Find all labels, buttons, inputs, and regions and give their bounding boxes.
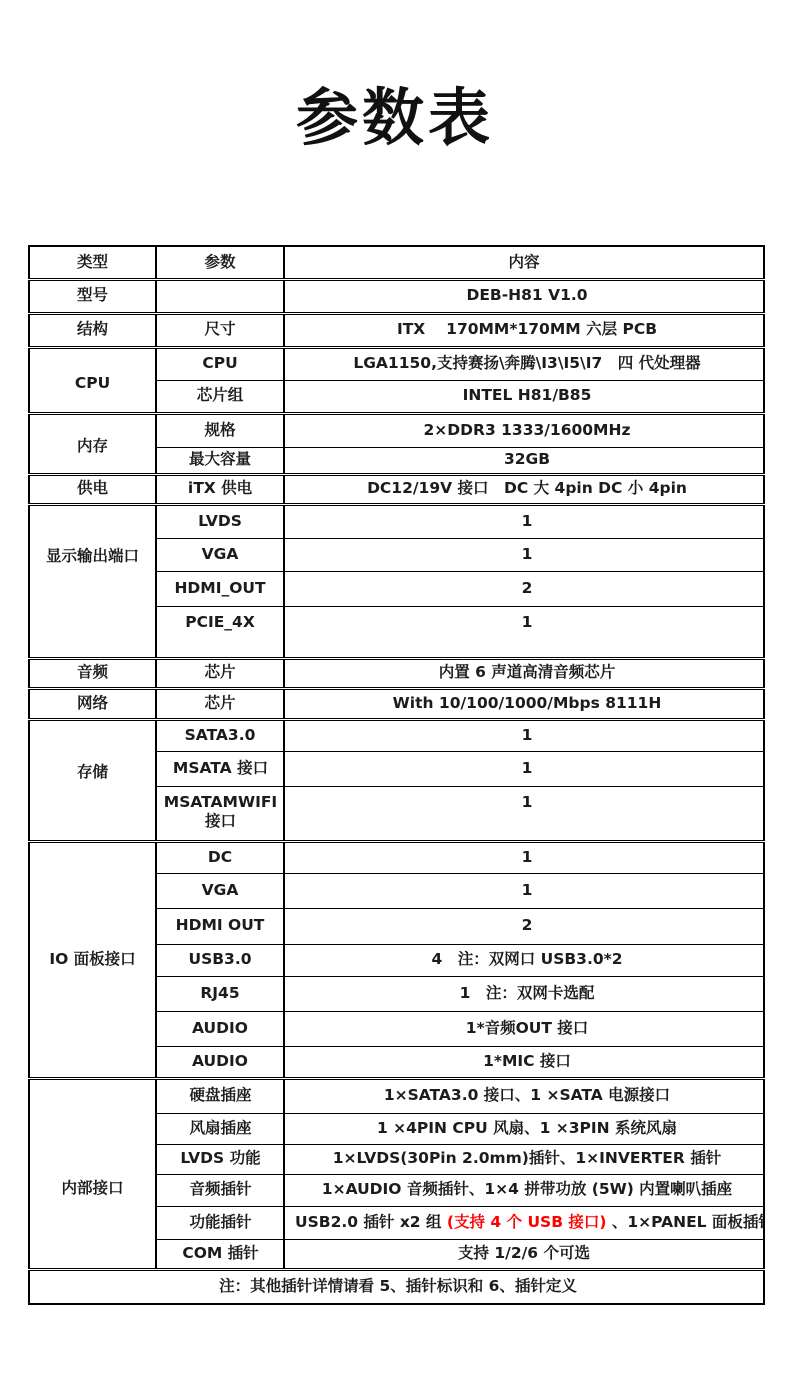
param-cell (156, 279, 284, 313)
group-cell-memory: 内存 (29, 413, 156, 474)
table-header-row: 类型 参数 内容 (29, 246, 764, 279)
param-cell: 芯片 (156, 688, 284, 719)
param-cell: 功能插针 (156, 1206, 284, 1239)
table-row: 内存 规格 2×DDR3 1333/1600MHz (29, 413, 764, 447)
content-cell: 1 (284, 751, 764, 786)
content-cell: 1 (284, 606, 764, 658)
param-cell: MSATA 接口 (156, 751, 284, 786)
content-cell: 1*音频OUT 接口 (284, 1011, 764, 1046)
group-cell-structure: 结构 (29, 313, 156, 347)
col-header-content: 内容 (284, 246, 764, 279)
content-cell: 4 注：双网口 USB3.0*2 (284, 944, 764, 976)
content-cell: 1 ×4PIN CPU 风扇、1 ×3PIN 系统风扇 (284, 1113, 764, 1144)
table-row: 网络 芯片 With 10/100/1000/Mbps 8111H (29, 688, 764, 719)
col-header-type: 类型 (29, 246, 156, 279)
group-cell-internal: 内部接口 (29, 1078, 156, 1269)
param-cell: 尺寸 (156, 313, 284, 347)
param-cell: SATA3.0 (156, 719, 284, 751)
content-cell: 1 (284, 841, 764, 873)
group-cell-cpu: CPU (29, 347, 156, 413)
table-row: 结构 尺寸 ITX 170MM*170MM 六层 PCB (29, 313, 764, 347)
content-cell: DEB-H81 V1.0 (284, 279, 764, 313)
content-highlight-red: (支持 4 个 USB 接口) (447, 1213, 607, 1231)
content-cell: 2 (284, 908, 764, 944)
param-cell: USB3.0 (156, 944, 284, 976)
group-cell-audio: 音频 (29, 658, 156, 688)
content-cell: ITX 170MM*170MM 六层 PCB (284, 313, 764, 347)
content-cell: 32GB (284, 447, 764, 474)
param-cell: HDMI_OUT (156, 571, 284, 606)
content-cell: With 10/100/1000/Mbps 8111H (284, 688, 764, 719)
table-row: 型号 DEB-H81 V1.0 (29, 279, 764, 313)
param-cell: RJ45 (156, 976, 284, 1011)
group-cell-io-panel: IO 面板接口 (29, 841, 156, 1078)
content-cell: 1 (284, 786, 764, 841)
content-cell: 1 (284, 504, 764, 538)
param-cell: AUDIO (156, 1011, 284, 1046)
footnote-row: 注：其他插针详情请看 5、插针标识和 6、插针定义 (29, 1269, 764, 1304)
table-row: IO 面板接口 DC 1 (29, 841, 764, 873)
content-cell: 1 注：双网卡选配 (284, 976, 764, 1011)
table-row: 显示输出端口 LVDS 1 (29, 504, 764, 538)
footnote: 注：其他插针详情请看 5、插针标识和 6、插针定义 (29, 1269, 764, 1304)
spec-table: 类型 参数 内容 型号 DEB-H81 V1.0 结构 尺寸 ITX 170MM… (28, 245, 765, 1305)
param-cell: CPU (156, 347, 284, 380)
param-cell: COM 插针 (156, 1239, 284, 1269)
content-cell: USB2.0 插针 x2 组 (支持 4 个 USB 接口) 、1×PANEL … (284, 1206, 764, 1239)
table-row: CPU CPU LGA1150,支持赛扬\奔腾\I3\I5\I7 四 代处理器 (29, 347, 764, 380)
content-cell: 1×LVDS(30Pin 2.0mm)插针、1×INVERTER 插针 (284, 1144, 764, 1174)
param-cell: 规格 (156, 413, 284, 447)
param-cell: LVDS (156, 504, 284, 538)
group-cell-network: 网络 (29, 688, 156, 719)
content-cell: 支持 1/2/6 个可选 (284, 1239, 764, 1269)
content-text: 、1×PANEL 面板插针 (607, 1213, 765, 1231)
param-cell: AUDIO (156, 1046, 284, 1078)
page-title: 参数表 (0, 68, 790, 157)
param-cell: 芯片 (156, 658, 284, 688)
content-cell: 2×DDR3 1333/1600MHz (284, 413, 764, 447)
table-row: 供电 iTX 供电 DC12/19V 接口 DC 大 4pin DC 小 4pi… (29, 474, 764, 504)
table-row: 内部接口 硬盘插座 1×SATA3.0 接口、1 ×SATA 电源接口 (29, 1078, 764, 1113)
param-cell: 最大容量 (156, 447, 284, 474)
group-cell-power: 供电 (29, 474, 156, 504)
param-cell: PCIE_4X (156, 606, 284, 658)
param-cell: VGA (156, 873, 284, 908)
param-cell: 芯片组 (156, 380, 284, 413)
param-cell: DC (156, 841, 284, 873)
content-cell: 1×AUDIO 音频插针、1×4 拼带功放 (5W) 内置喇叭插座 (284, 1174, 764, 1206)
group-cell-model: 型号 (29, 279, 156, 313)
content-cell: 1 (284, 538, 764, 571)
content-cell: INTEL H81/B85 (284, 380, 764, 413)
table-row: 音频 芯片 内置 6 声道高清音频芯片 (29, 658, 764, 688)
content-cell: 1×SATA3.0 接口、1 ×SATA 电源接口 (284, 1078, 764, 1113)
content-cell: 1 (284, 873, 764, 908)
param-cell: VGA (156, 538, 284, 571)
param-cell: MSATAMWIFI 接口 (156, 786, 284, 841)
group-cell-storage: 存储 (29, 719, 156, 841)
page: 参数表 类型 参数 内容 型号 DEB-H81 V1.0 结构 尺寸 ITX 1… (0, 0, 790, 1376)
table-row: 存储 SATA3.0 1 (29, 719, 764, 751)
param-cell: 音频插针 (156, 1174, 284, 1206)
group-cell-display-output: 显示输出端口 (29, 504, 156, 658)
content-cell: 1*MIC 接口 (284, 1046, 764, 1078)
content-text: USB2.0 插针 x2 组 (295, 1213, 447, 1231)
param-cell: LVDS 功能 (156, 1144, 284, 1174)
content-cell: LGA1150,支持赛扬\奔腾\I3\I5\I7 四 代处理器 (284, 347, 764, 380)
param-cell: HDMI OUT (156, 908, 284, 944)
content-cell: 2 (284, 571, 764, 606)
content-cell: 1 (284, 719, 764, 751)
param-cell: iTX 供电 (156, 474, 284, 504)
param-cell: 硬盘插座 (156, 1078, 284, 1113)
content-cell: DC12/19V 接口 DC 大 4pin DC 小 4pin (284, 474, 764, 504)
content-cell: 内置 6 声道高清音频芯片 (284, 658, 764, 688)
param-cell: 风扇插座 (156, 1113, 284, 1144)
col-header-param: 参数 (156, 246, 284, 279)
